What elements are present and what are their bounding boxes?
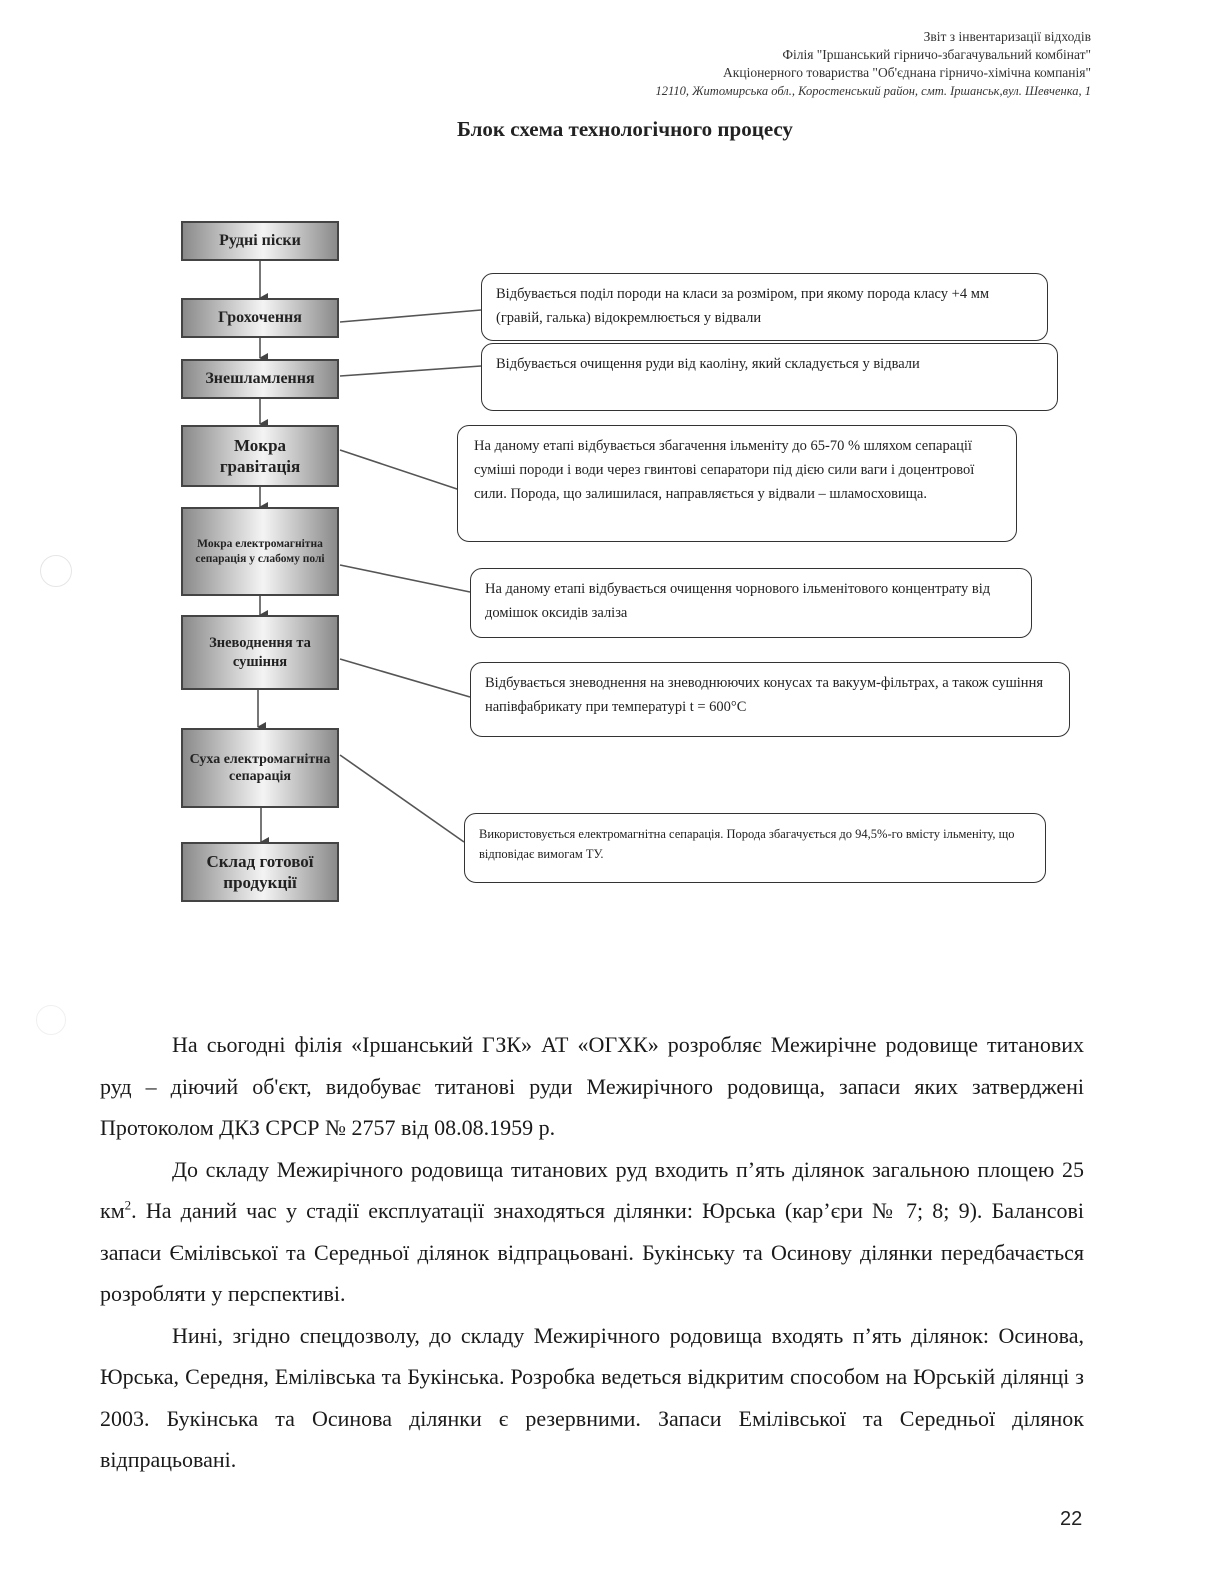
description-screening: Відбувається поділ породи на класи за ро… — [481, 273, 1048, 341]
header-address: 12110, Житомирська обл., Коростенський р… — [656, 82, 1091, 100]
body-text: На сьогодні філія «Іршанський ГЗК» АТ «О… — [100, 1024, 1084, 1481]
flow-step-screening: Грохочення — [181, 298, 339, 338]
flow-step-wet-gravity: Мокра гравітація — [181, 425, 339, 487]
description-dry-magnetic-separation: Використовується електромагнітна сепарац… — [464, 813, 1046, 883]
flow-step-dewatering-drying: Зневоднення та сушіння — [181, 615, 339, 690]
description-desliming: Відбувається очищення руди від каоліну, … — [481, 343, 1058, 411]
punch-hole-mark — [36, 1005, 66, 1035]
page-number: 22 — [1060, 1508, 1082, 1531]
paragraph-3: Нині, згідно спецдозволу, до складу Межи… — [100, 1315, 1084, 1481]
flow-step-dry-magnetic-separation: Суха електромагнітна сепарація — [181, 728, 339, 808]
description-wet-magnetic-separation: На даному етапі відбувається очищення чо… — [470, 568, 1032, 638]
header-branch: Філія "Іршанський гірничо-збагачувальний… — [656, 46, 1091, 64]
punch-hole-mark — [40, 555, 72, 587]
description-wet-gravity: На даному етапі відбувається збагачення … — [457, 425, 1017, 542]
flow-step-ore-sands: Рудні піски — [181, 221, 339, 261]
document-header: Звіт з інвентаризації відходів Філія "Ір… — [656, 28, 1091, 100]
flow-step-finished-product-storage: Склад готової продукції — [181, 842, 339, 902]
flow-step-desliming: Знешламлення — [181, 359, 339, 399]
header-report-title: Звіт з інвентаризації відходів — [656, 28, 1091, 46]
header-company: Акціонерного товариства "Об'єднана гірни… — [656, 64, 1091, 82]
paragraph-2: До складу Межирічного родовища титанових… — [100, 1149, 1084, 1315]
diagram-title: Блок схема технологічного процесу — [0, 117, 1219, 142]
flow-step-wet-magnetic-separation: Мокра електромагнітна сепарація у слабом… — [181, 507, 339, 596]
paragraph-1: На сьогодні філія «Іршанський ГЗК» АТ «О… — [100, 1024, 1084, 1149]
description-dewatering-drying: Відбувається зневоднення на зневоднюючих… — [470, 662, 1070, 737]
